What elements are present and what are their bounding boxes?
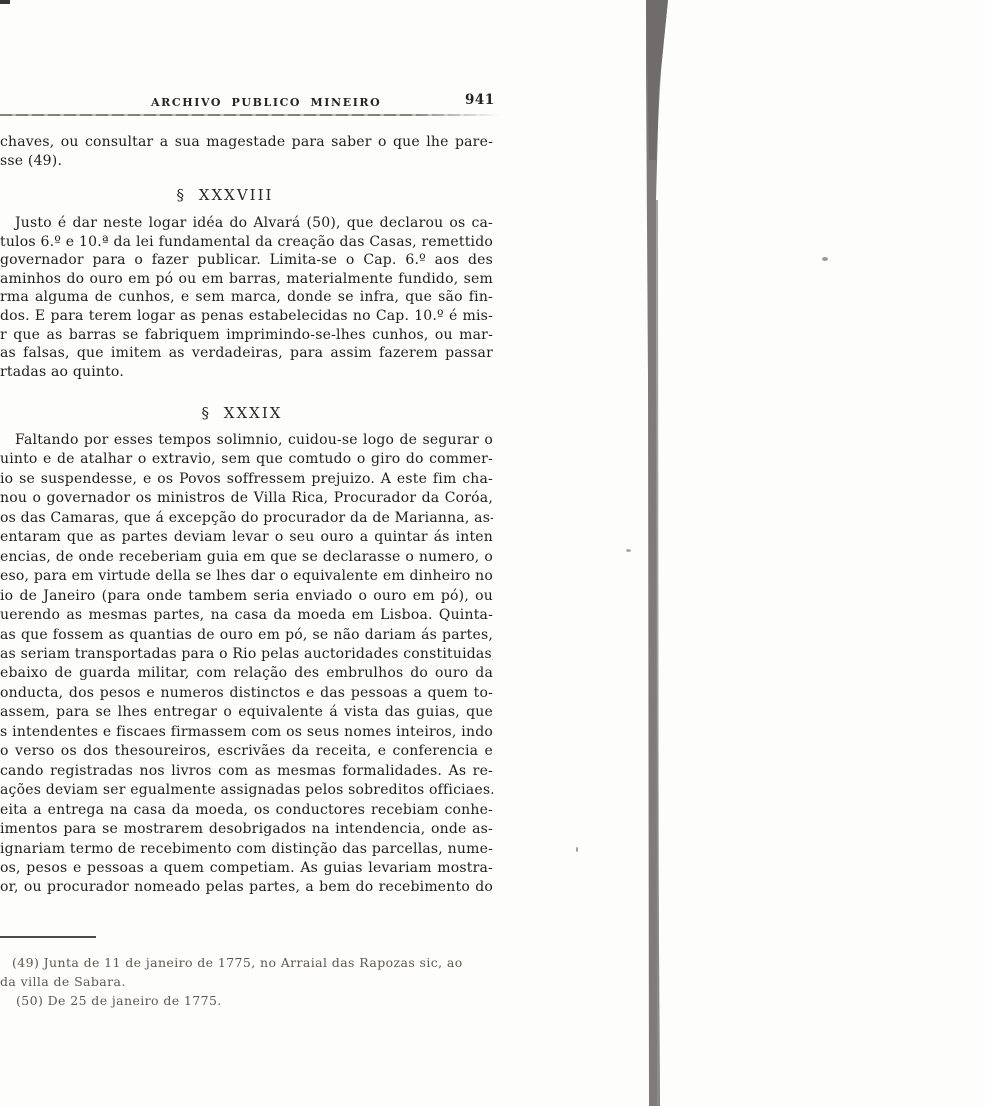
text-line: aminhos do ouro em pó ou em barras, mate… (0, 270, 493, 289)
text-line: (49) Junta de 11 de janeiro de 1775, no … (0, 953, 500, 972)
footnote-rule (0, 936, 96, 938)
scan-speck (576, 847, 578, 852)
paragraph-section-xxxix: Faltando por esses tempos solimnio, cuid… (0, 431, 493, 898)
text-line: ações deviam ser egualmente assignadas p… (0, 781, 493, 800)
footnotes: (49) Junta de 11 de janeiro de 1775, no … (0, 953, 500, 1011)
text-line: governador para o fazer publicar. Limita… (0, 251, 493, 270)
section-heading-xxxviii: § XXXVIII (0, 186, 450, 204)
text-line: nou o governador os ministros de Villa R… (0, 489, 493, 508)
section-heading-xxxix: § XXXIX (0, 404, 484, 422)
paragraph-continuation: chaves, ou consultar a sua magestade par… (0, 133, 493, 170)
text-line: sse (49). (0, 152, 493, 171)
text-line: r que as barras se fabriquem imprimindo-… (0, 326, 493, 345)
text-line: io se suspendesse, e os Povos soffressem… (0, 470, 493, 489)
scanned-page: ARCHIVO PUBLICO MINEIRO 941 chaves, ou c… (0, 0, 985, 1106)
text-line: (50) De 25 de janeiro de 1775. (0, 991, 500, 1010)
text-line: s intendentes e fiscaes firmassem com os… (0, 723, 493, 742)
text-line: o verso os dos thesoureiros, escrivães d… (0, 742, 493, 761)
text-line: ebaixo de guarda militar, com relação de… (0, 664, 493, 683)
scan-speck (822, 257, 828, 261)
text-line: eita a entrega na casa da moeda, os cond… (0, 801, 493, 820)
text-line: os das Camaras, que á excepção do procur… (0, 509, 493, 528)
running-header-title: ARCHIVO PUBLICO MINEIRO (151, 96, 381, 109)
text-line: encias, de onde receberiam guia em que s… (0, 548, 493, 567)
text-line: rma alguma de cunhos, e sem marca, donde… (0, 288, 493, 307)
scan-edge-mark (0, 0, 10, 4)
text-line: as falsas, que imitem as verdadeiras, pa… (0, 344, 493, 363)
paragraph-section-xxxviii: Justo é dar neste logar idéa do Alvará (… (0, 214, 493, 381)
text-line: or, ou procurador nomeado pelas partes, … (0, 878, 493, 897)
text-line: onducta, dos pesos e numeros distinctos … (0, 684, 493, 703)
text-line: tulos 6.º e 10.ª da lei fundamental da c… (0, 233, 493, 252)
text-line: as que fossem as quantias de ouro em pó,… (0, 626, 493, 645)
text-line: Faltando por esses tempos solimnio, cuid… (0, 431, 493, 450)
text-line: chaves, ou consultar a sua magestade par… (0, 133, 493, 152)
text-line: rtadas ao quinto. (0, 363, 493, 382)
text-line: cando registradas nos livros com as mesm… (0, 762, 493, 781)
text-line: eso, para em virtude della se lhes dar o… (0, 567, 493, 586)
text-line: assem, para se lhes entregar o equivalen… (0, 703, 493, 722)
page-number: 941 (465, 92, 495, 108)
header-rule (0, 114, 500, 116)
text-line: dos. E para terem logar as penas estabel… (0, 307, 493, 326)
text-line: io de Janeiro (para onde tambem seria en… (0, 587, 493, 606)
text-line: as seriam transportadas para o Rio pelas… (0, 645, 493, 664)
text-line: ignariam termo de recebimento com distin… (0, 840, 493, 859)
text-line: imentos para se mostrarem desobrigados n… (0, 820, 493, 839)
text-line: da villa de Sabara. (0, 972, 500, 991)
text-line: uinto e de atalhar o extravio, sem que c… (0, 450, 493, 469)
text-line: uerendo as mesmas partes, na casa da moe… (0, 606, 493, 625)
text-line: Justo é dar neste logar idéa do Alvará (… (0, 214, 493, 233)
scan-speck (626, 549, 631, 552)
text-line: os, pesos e pessoas a quem competiam. As… (0, 859, 493, 878)
text-line: entaram que as partes deviam levar o seu… (0, 528, 493, 547)
